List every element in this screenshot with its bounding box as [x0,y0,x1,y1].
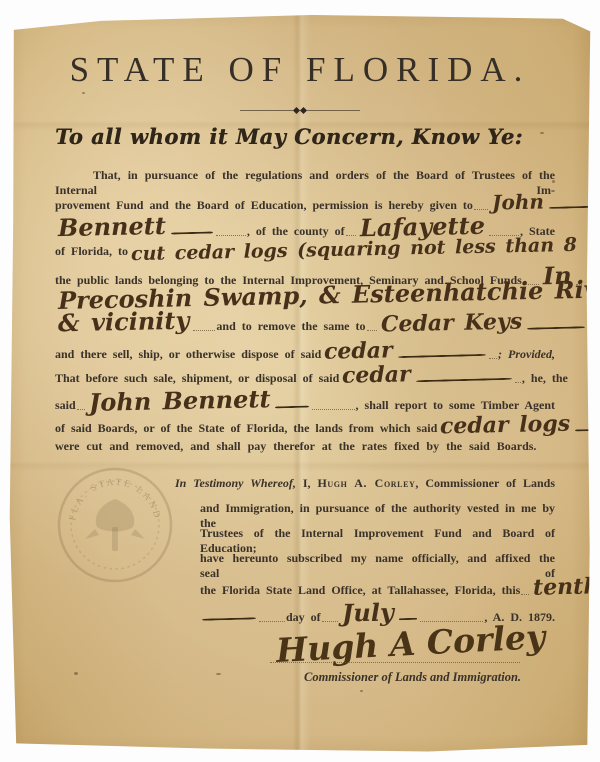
ornament-divider [240,108,360,113]
print-text-provided: ; Provided, [498,347,555,362]
body-line-8: and there sell, ship, or otherwise dispo… [55,340,555,362]
document-paper: STATE OF FLORIDA. To all whom it May Con… [8,12,592,756]
body-line-4: of Florida, to cut cedar logs (squaring … [55,240,555,259]
paper-speck [552,180,555,183]
print-text: the Florida State Land Office, at Tallah… [200,583,520,598]
seal-tree-icon [85,499,145,551]
body-line-6: Precoshin Swamp, & Esteenhatchie River [55,283,555,307]
print-text: said [55,398,76,413]
blank-filler [216,234,246,236]
print-text: day of [286,610,321,625]
handwritten-grantee-last: Bennett [55,214,169,240]
ink-flourish [202,617,256,620]
handwritten-month: July [338,600,396,625]
blank-filler [346,234,356,236]
body-line-9: That before such sale, shipment, or disp… [55,364,555,386]
print-text: That before such sale, shipment, or disp… [55,371,339,386]
paper-speck [540,132,544,134]
body-line-11: of said Boards, or of the State of Flori… [55,414,555,436]
testimony-line-5: the Florida State Land Office, at Tallah… [200,576,555,598]
commissioner-name: Hugh A. Corley [317,476,415,490]
diamond-ornament [300,107,307,114]
blank-filler [474,208,488,210]
blank-filler [77,408,85,410]
signature-underline [270,662,520,663]
print-text: provement Fund and the Board of Educatio… [55,198,473,213]
handwritten-location-2: & vicinity [55,309,193,336]
blank-filler [588,329,594,331]
blank-filler [521,593,529,595]
print-text: , of the county of [247,224,345,239]
handwritten-day: tenth [530,575,600,599]
print-text: , Commissioner of Lands [415,476,555,490]
seal-graphic: FLA. STATE LAND OFFICE [55,465,175,585]
body-line-10: said John Bennett , shall report to some… [55,389,555,413]
print-text: of said Boards, or of the State of Flori… [55,421,437,436]
ink-flourish [416,378,512,383]
testimony-line-1: In Testimony Whereof, I, Hugh A. Corley,… [175,476,555,491]
ink-flourish [398,354,486,358]
handwritten-product: cedar [321,339,396,363]
handwritten-product: cedar [339,363,414,387]
ink-flourish [275,406,309,409]
salutation: To all whom it May Concern, Know Ye: [55,124,523,149]
print-text: were cut and removed, and shall pay ther… [55,439,536,453]
body-line-7: & vicinity and to remove the same to Ced… [55,310,555,334]
print-text: , he, the [522,371,568,386]
ink-flourish [399,618,417,620]
signature-title: Commissioner of Lands and Immigration. [304,670,521,685]
document-title: STATE OF FLORIDA. [8,50,592,90]
ink-flourish [575,429,600,432]
ink-flourish [527,326,585,330]
paper-speck [74,672,78,675]
handwritten-permission: cut cedar logs (squaring not less than 8… [128,235,600,264]
divider-line-left [240,110,293,111]
testimony-lead: In Testimony Whereof, [175,476,296,490]
paper-speck [360,690,363,692]
print-text: I, [303,476,311,490]
divider-line-right [307,110,360,111]
paper-speck [82,92,85,94]
ink-flourish [549,205,600,209]
blank-filler [489,357,497,359]
handwritten-grantee-full: John Bennett [85,387,273,415]
embossed-seal: FLA. STATE LAND OFFICE [55,465,175,585]
blank-filler [193,329,215,331]
blank-filler [322,620,338,622]
handwritten-grantee-first: John [489,191,547,212]
blank-filler [367,329,377,331]
handwritten-product-2: cedar logs [437,413,574,438]
handwritten-destination: Cedar Keys [377,310,525,335]
blank-filler [515,381,521,383]
blank-filler [259,620,285,622]
print-text: and to remove the same to [216,319,365,334]
print-text: of Florida, to [55,244,128,259]
paper-speck [216,673,221,675]
ink-flourish [171,231,213,234]
print-text: and there sell, ship, or otherwise dispo… [55,347,321,362]
body-line-12: were cut and removed, and shall pay ther… [55,439,555,454]
blank-filler [312,408,354,410]
